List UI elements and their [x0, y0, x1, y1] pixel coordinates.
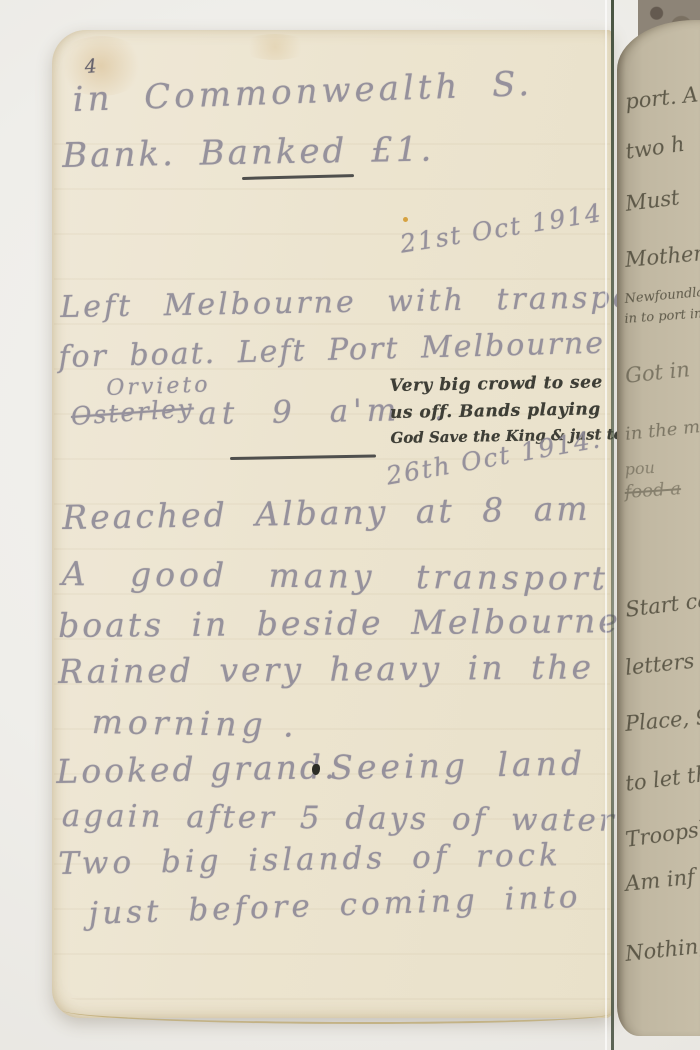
right-page-line: Am inf: [624, 865, 696, 896]
notebook-right-page: port. A two h Must Mothers Newfoundland …: [617, 20, 700, 1036]
right-page-crossed-word: food a: [624, 478, 682, 503]
diary-line: Looked grand.: [56, 747, 338, 791]
right-page-line: two h: [624, 132, 686, 164]
glass-edge-highlight: [605, 0, 607, 1050]
right-page-line: Must: [624, 185, 681, 215]
diary-line: A good many transport: [62, 554, 609, 598]
right-page-line: Troopship: [624, 813, 700, 852]
diary-line: Rained very heavy in the: [58, 647, 594, 691]
under-page-edge: [62, 1008, 610, 1024]
right-page-line: Newfoundland: [624, 284, 700, 307]
diary-scan-photo: { "document": { "kind": "handwritten dia…: [0, 0, 700, 1050]
diary-line: boats in beside Melbourne .: [58, 601, 662, 645]
diary-line: Seeing land: [330, 744, 586, 787]
right-page-line: Mothers: [624, 240, 700, 272]
right-page-line: in the m: [624, 416, 700, 445]
right-page-line: Got in: [624, 357, 691, 388]
right-page-line: Nothing: [624, 933, 700, 966]
diary-line: again after 5 days of water .: [62, 798, 653, 839]
ink-annotation-line: Very big crowd to see: [389, 372, 622, 396]
diary-line: Bank. Banked £1.: [62, 130, 435, 176]
right-page-line: Place, 9 a: [624, 703, 700, 736]
right-page-line: in to port in: [624, 307, 700, 327]
right-page-line: port. A: [624, 82, 699, 114]
right-page-line: letters po: [624, 645, 700, 680]
ink-annotation-line: us off. Bands playing: [390, 399, 623, 423]
right-page-line: Start ca: [624, 588, 700, 622]
right-page-line: to let the: [624, 760, 700, 796]
right-page-line: pou: [624, 458, 655, 479]
glass-edge: [611, 0, 614, 1050]
page-number-mark: 4: [84, 55, 98, 78]
diary-line: morning .: [91, 702, 299, 745]
